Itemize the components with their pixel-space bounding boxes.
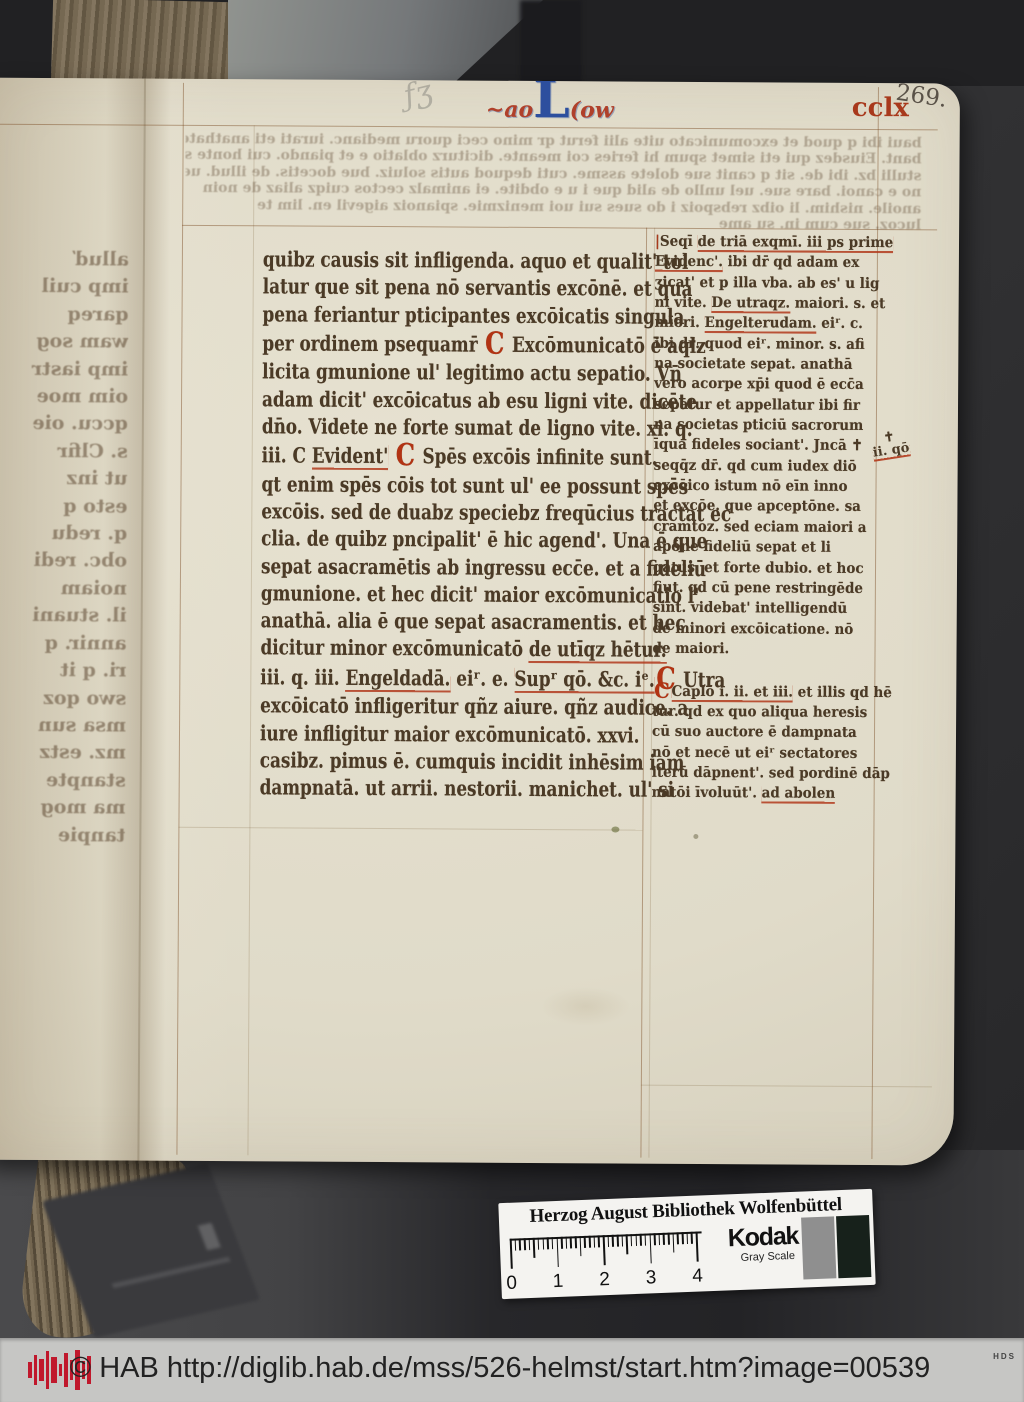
text-line: anathā. alia ē que sepat asacramentis. e…: [261, 606, 645, 636]
page-speck: [611, 826, 619, 832]
ruling-line: [178, 827, 642, 831]
text-line: dampnatā. ut arrii. nestorii. manichet. …: [260, 773, 644, 803]
gray-scale-label: Gray Scale: [740, 1250, 795, 1264]
page-speck: [693, 834, 698, 839]
text-line: sepat asacramētis ab ingressu ecc̄e. et …: [261, 552, 645, 582]
text-line: cū suo auctore ē dampnata: [652, 722, 886, 744]
text-line: pena feriantur pticipantes excōicatis si…: [262, 300, 646, 330]
text-line: iure infligitur maior excōmunicatō. xxvi…: [260, 719, 644, 749]
text-line: adam dicit' excōicatus ab esu ligni vite…: [262, 385, 646, 415]
grayscale-patch-gray: [801, 1216, 836, 1279]
text-line: clia. de quibz pncipalit' ē hic agend'. …: [261, 525, 645, 555]
margin-note-text: ii. qō: [872, 441, 910, 459]
text-line: per ordinem psequamr̄ C Excōmunicatō ē a…: [262, 327, 646, 360]
book-page-edges-top: [51, 0, 235, 88]
text-line: sepatur et appellatur ibi fir: [654, 394, 888, 416]
pencil-scribble: ƒʒ: [400, 78, 436, 114]
text-column-main: quibz causis sit infligenda. aquo et qua…: [260, 245, 647, 803]
text-line: mīori. Engelterudam. eiʳ. c.: [654, 313, 888, 335]
text-line: seqq̄z dr̄. qd cum iudex diō: [654, 455, 888, 477]
text-line: de maiori.: [652, 639, 886, 661]
text-line: īqua fideles sociant'. Jncā ✝: [654, 435, 888, 457]
digitized-manuscript-photo: baui ibi q quod et excomunicato uite ali…: [0, 0, 1024, 1402]
text-line: gatus. et forte dubio. et hoc: [653, 557, 887, 579]
text-line: iii. C Evident' C Spēs excōis infinite s…: [262, 440, 646, 473]
text-line: [652, 659, 886, 681]
text-line: excōico istum nō eīn inno: [653, 476, 887, 498]
running-header: ~aoL(ow: [486, 78, 614, 131]
text-line: licita gmunione ul' legitimo actu sepati…: [262, 358, 646, 388]
grayscale-patch-black: [836, 1215, 871, 1278]
text-line: cramtoz. sed eciam maiori a: [653, 517, 887, 539]
reflected-ruler: [112, 1257, 231, 1289]
text-line: CCaplō i. ii. et iii. et illis qd hē: [652, 679, 886, 703]
text-line: dn̄o. Videte ne forte sumat de ligno vit…: [262, 412, 646, 442]
showthrough-header-text: baui ibi q quod et excomunicato uite ali…: [185, 131, 922, 233]
text-line: |Seqī de triā exqmī. iii ps prime: [655, 232, 889, 254]
text-line: ʒicat' et p illa vba. ab es' u lig: [655, 272, 889, 294]
text-line: et excōe. que apceptōne. sa: [653, 496, 887, 518]
text-line: iterū dāpnent'. sed pordinē dāp: [652, 763, 886, 785]
caption-band: © HAB http://diglib.hab.de/mss/526-helms…: [0, 1338, 1024, 1402]
header-flourish-left: ~ao: [486, 97, 534, 123]
text-line: casibz. pimus ē. cumquis incidit inhēsim…: [260, 746, 644, 776]
text-line: dicitur minor excōmunicatō de utīqz hētu…: [260, 634, 644, 664]
kodak-brand: Kodak: [727, 1222, 798, 1254]
text-line: na societate sepat. anathā: [654, 354, 888, 376]
text-line: excōis. sed de duabz speciebz freqūcius …: [261, 497, 645, 527]
text-line: latur que sit pena nō servantis excōnē. …: [263, 273, 647, 303]
text-column-gloss: |Seqī de triā exqmī. iii ps primeEvidenc…: [652, 232, 890, 805]
text-line: fiut. qd cū pene restringēde: [653, 578, 887, 600]
text-line: excōicatō infligeritur qñz aiure. qñz au…: [260, 692, 644, 722]
text-line: vero acorpe xp̄i quod ē ecc̄a: [654, 374, 888, 396]
header-flourish-right: (ow: [570, 97, 614, 123]
ruler: 01234: [510, 1231, 712, 1293]
text-line: ibi dr̄. quod eiʳ. minor. s. afi: [654, 333, 888, 355]
ruling-line: [247, 125, 254, 1155]
book-spine-shadow: [520, 0, 582, 88]
showthrough-gutter-text: alluďimp cuilqareqwam sogimp iastroim mo…: [0, 246, 129, 857]
text-line: na societas pticiū sacrorum: [654, 415, 888, 437]
manuscript-page: baui ibi q quod et excomunicato uite ali…: [0, 78, 960, 1166]
library-reference-label: Herzog August Bibliothek Wolfenbüttel 01…: [498, 1189, 875, 1299]
text-line: ni vite. De utraqz. maiori. s. et: [655, 293, 889, 315]
caption-text: © HAB http://diglib.hab.de/mss/526-helms…: [0, 1352, 1000, 1385]
text-line: iii. q. iii. Engeldadā. eiʳ. e. Supʳ qō.…: [260, 661, 644, 694]
text-line: nō et necē ut eiʳ sectatores: [652, 742, 886, 764]
text-line: gmunione. et hec dicit' maior excōmunica…: [261, 579, 645, 609]
text-line: tur. qd ex quo aliqua heresis: [652, 702, 886, 724]
text-line: qt enim spēs cōis tot sunt ul' ee possun…: [261, 470, 645, 500]
text-line: quibz causis sit infligenda. aquo et qua…: [263, 245, 647, 275]
header-initial-letter: L: [533, 78, 570, 131]
text-line: apōne fideliū sepat et li: [653, 537, 887, 559]
ruling-line: [641, 1085, 932, 1088]
reflected-patch: [198, 1223, 221, 1251]
corner-mark: HDS: [993, 1352, 1016, 1361]
text-line: Evidenc'. ibi dr̄ qd adam ex: [655, 252, 889, 274]
text-line: de minori excōicatione. nō: [653, 618, 887, 640]
page-stain: [540, 986, 630, 1027]
text-line: sint. videbat' intelligendū: [653, 598, 887, 620]
text-line: natōi īvoluūt'. ad abolen: [652, 783, 886, 805]
margin-note: ✝ ii. qō: [870, 429, 910, 460]
